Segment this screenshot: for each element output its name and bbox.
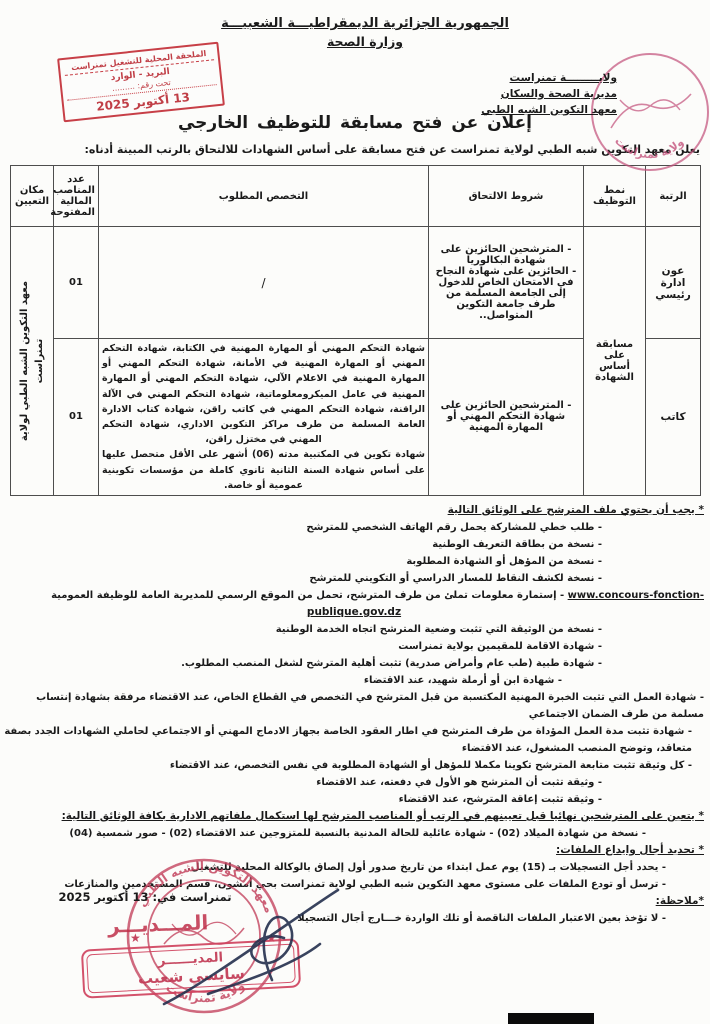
ministry-title: وزارة الصحة [60,34,670,49]
header: الجمهورية الجزائرية الديمقراطيـــة الشعب… [60,16,670,49]
website-url-part2: publique.gov.dz [4,604,704,621]
cell-rank-2: كاتب [646,339,701,496]
document-item: - نسخة من المؤهل أو الشهادة المطلوبة [4,553,704,570]
lists-section: * يجب أن يحتوي ملف المترشح على الوثائق ا… [4,502,704,927]
cell-recruitment-mode: مسابقة على أساس الشهادة [584,227,646,496]
th-location: مكان التعيين [11,166,54,227]
org-line-institute: معهد التكوين الشبه الطبي [487,102,617,118]
document-item: - وثيقة تثبت أن المترشح هو الأول في دفعت… [4,774,704,791]
document-item: - شهادة ابن أو أرملة شهيد، عند الاقتضاء [4,672,704,689]
document-item-form: www.concours-fonction- - إستمارة معلومات… [4,587,704,621]
form-item-text: - إستمارة معلومات تملئ من طرف المترشح، ت… [51,590,568,601]
signature-icon [150,880,350,1020]
cell-positions-2: 01 [54,339,99,496]
jobs-table: الرتبة نمط التوظيف شروط الالتحاق التخصص … [10,165,701,496]
document-item: - طلب خطي للمشاركة يحمل رقم الهاتف الشخص… [4,519,704,536]
th-positions: عدد المناصب المالية المفتوحة [54,166,99,227]
deadlines-header: * تحديد أجال وايداع الملفات: [4,842,704,859]
cell-specialty-2: شهادة التحكم المهني أو المهارة المهنية ف… [99,339,429,496]
document-page: الجمهورية الجزائرية الديمقراطيـــة الشعب… [0,0,710,1024]
document-item: - نسخة من الوثيقة التي تثبت وضعية المترش… [4,621,704,638]
org-block: ولايـــــــــة تمنراست مديرية الصحة والس… [487,70,617,118]
cell-conditions-1: - المترشحين الحائزين على شهادة البكالوري… [429,227,584,339]
document-item: - كل وثيقة تثبت متابعة المترشح تكوينا مك… [4,757,704,774]
cell-location: معهد التكوين الشبه الطبي لولاية تمنراست [11,227,54,496]
documents-list: - طلب خطي للمشاركة يحمل رقم الهاتف الشخص… [4,519,704,808]
website-url-part1: www.concours-fonction- [568,590,704,601]
document-item: - نسخة من بطاقة التعريف الوطنية [4,536,704,553]
document-item: - شهادة طبية (طب عام وأمراض صدرية) تثبت … [4,655,704,672]
finalization-header: * يتعين على المترشحين نهائيا قبل تعيينهم… [4,808,704,825]
location-rotated-text: معهد التكوين الشبه الطبي لولاية تمنراست [17,276,47,446]
org-line-wilaya: ولايـــــــــة تمنراست [487,70,617,86]
document-item: - نسخة لكشف النقاط للمسار الدراسي أو الت… [4,570,704,587]
document-item: - وثيقة تثبت إعاقة المترشح، عند الاقتضاء [4,791,704,808]
finalization-item: - نسخة من شهادة الميلاد (02) - شهادة عائ… [4,825,704,842]
deadlines-list: - يحدد أجل التسجيلات بـ (15) يوم عمل ابت… [4,859,704,893]
finalization-list: - نسخة من شهادة الميلاد (02) - شهادة عائ… [4,825,704,842]
org-line-directorate: مديرية الصحة والسكان [487,86,617,102]
black-redaction-bar [508,1013,594,1024]
th-specialty: التخصص المطلوب [99,166,429,227]
th-mode: نمط التوظيف [584,166,646,227]
republic-title: الجمهورية الجزائرية الديمقراطيـــة الشعب… [60,16,670,31]
cell-conditions-2: - المترشحين الحائزين على شهادة التحكم ال… [429,339,584,496]
cell-specialty-1: / [99,227,429,339]
deadline-item: - يحدد أجل التسجيلات بـ (15) يوم عمل ابت… [4,859,704,876]
document-item: - شهادة تثبت مدة العمل المؤداة من طرف ال… [4,723,704,757]
table-header-row: الرتبة نمط التوظيف شروط الالتحاق التخصص … [11,166,701,227]
receipt-stamp: الملحقة المحلية للتشغيل تمنراست البريد -… [57,42,225,123]
documents-header: * يجب أن يحتوي ملف المترشح على الوثائق ا… [4,502,704,519]
document-item: - شهادة الاقامة للمقيمين بولاية تمنراست [4,638,704,655]
table-row: عون ادارة رئيسي مسابقة على أساس الشهادة … [11,227,701,339]
cell-rank-1: عون ادارة رئيسي [646,227,701,339]
document-item: - شهادة العمل التي تثبت الخبرة المهنية ا… [4,689,704,723]
th-rank: الرتبة [646,166,701,227]
intro-text: يعلن معهد التكوين شبه الطبي لولاية تمنرا… [12,143,700,156]
th-conditions: شروط الالتحاق [429,166,584,227]
cell-positions-1: 01 [54,227,99,339]
